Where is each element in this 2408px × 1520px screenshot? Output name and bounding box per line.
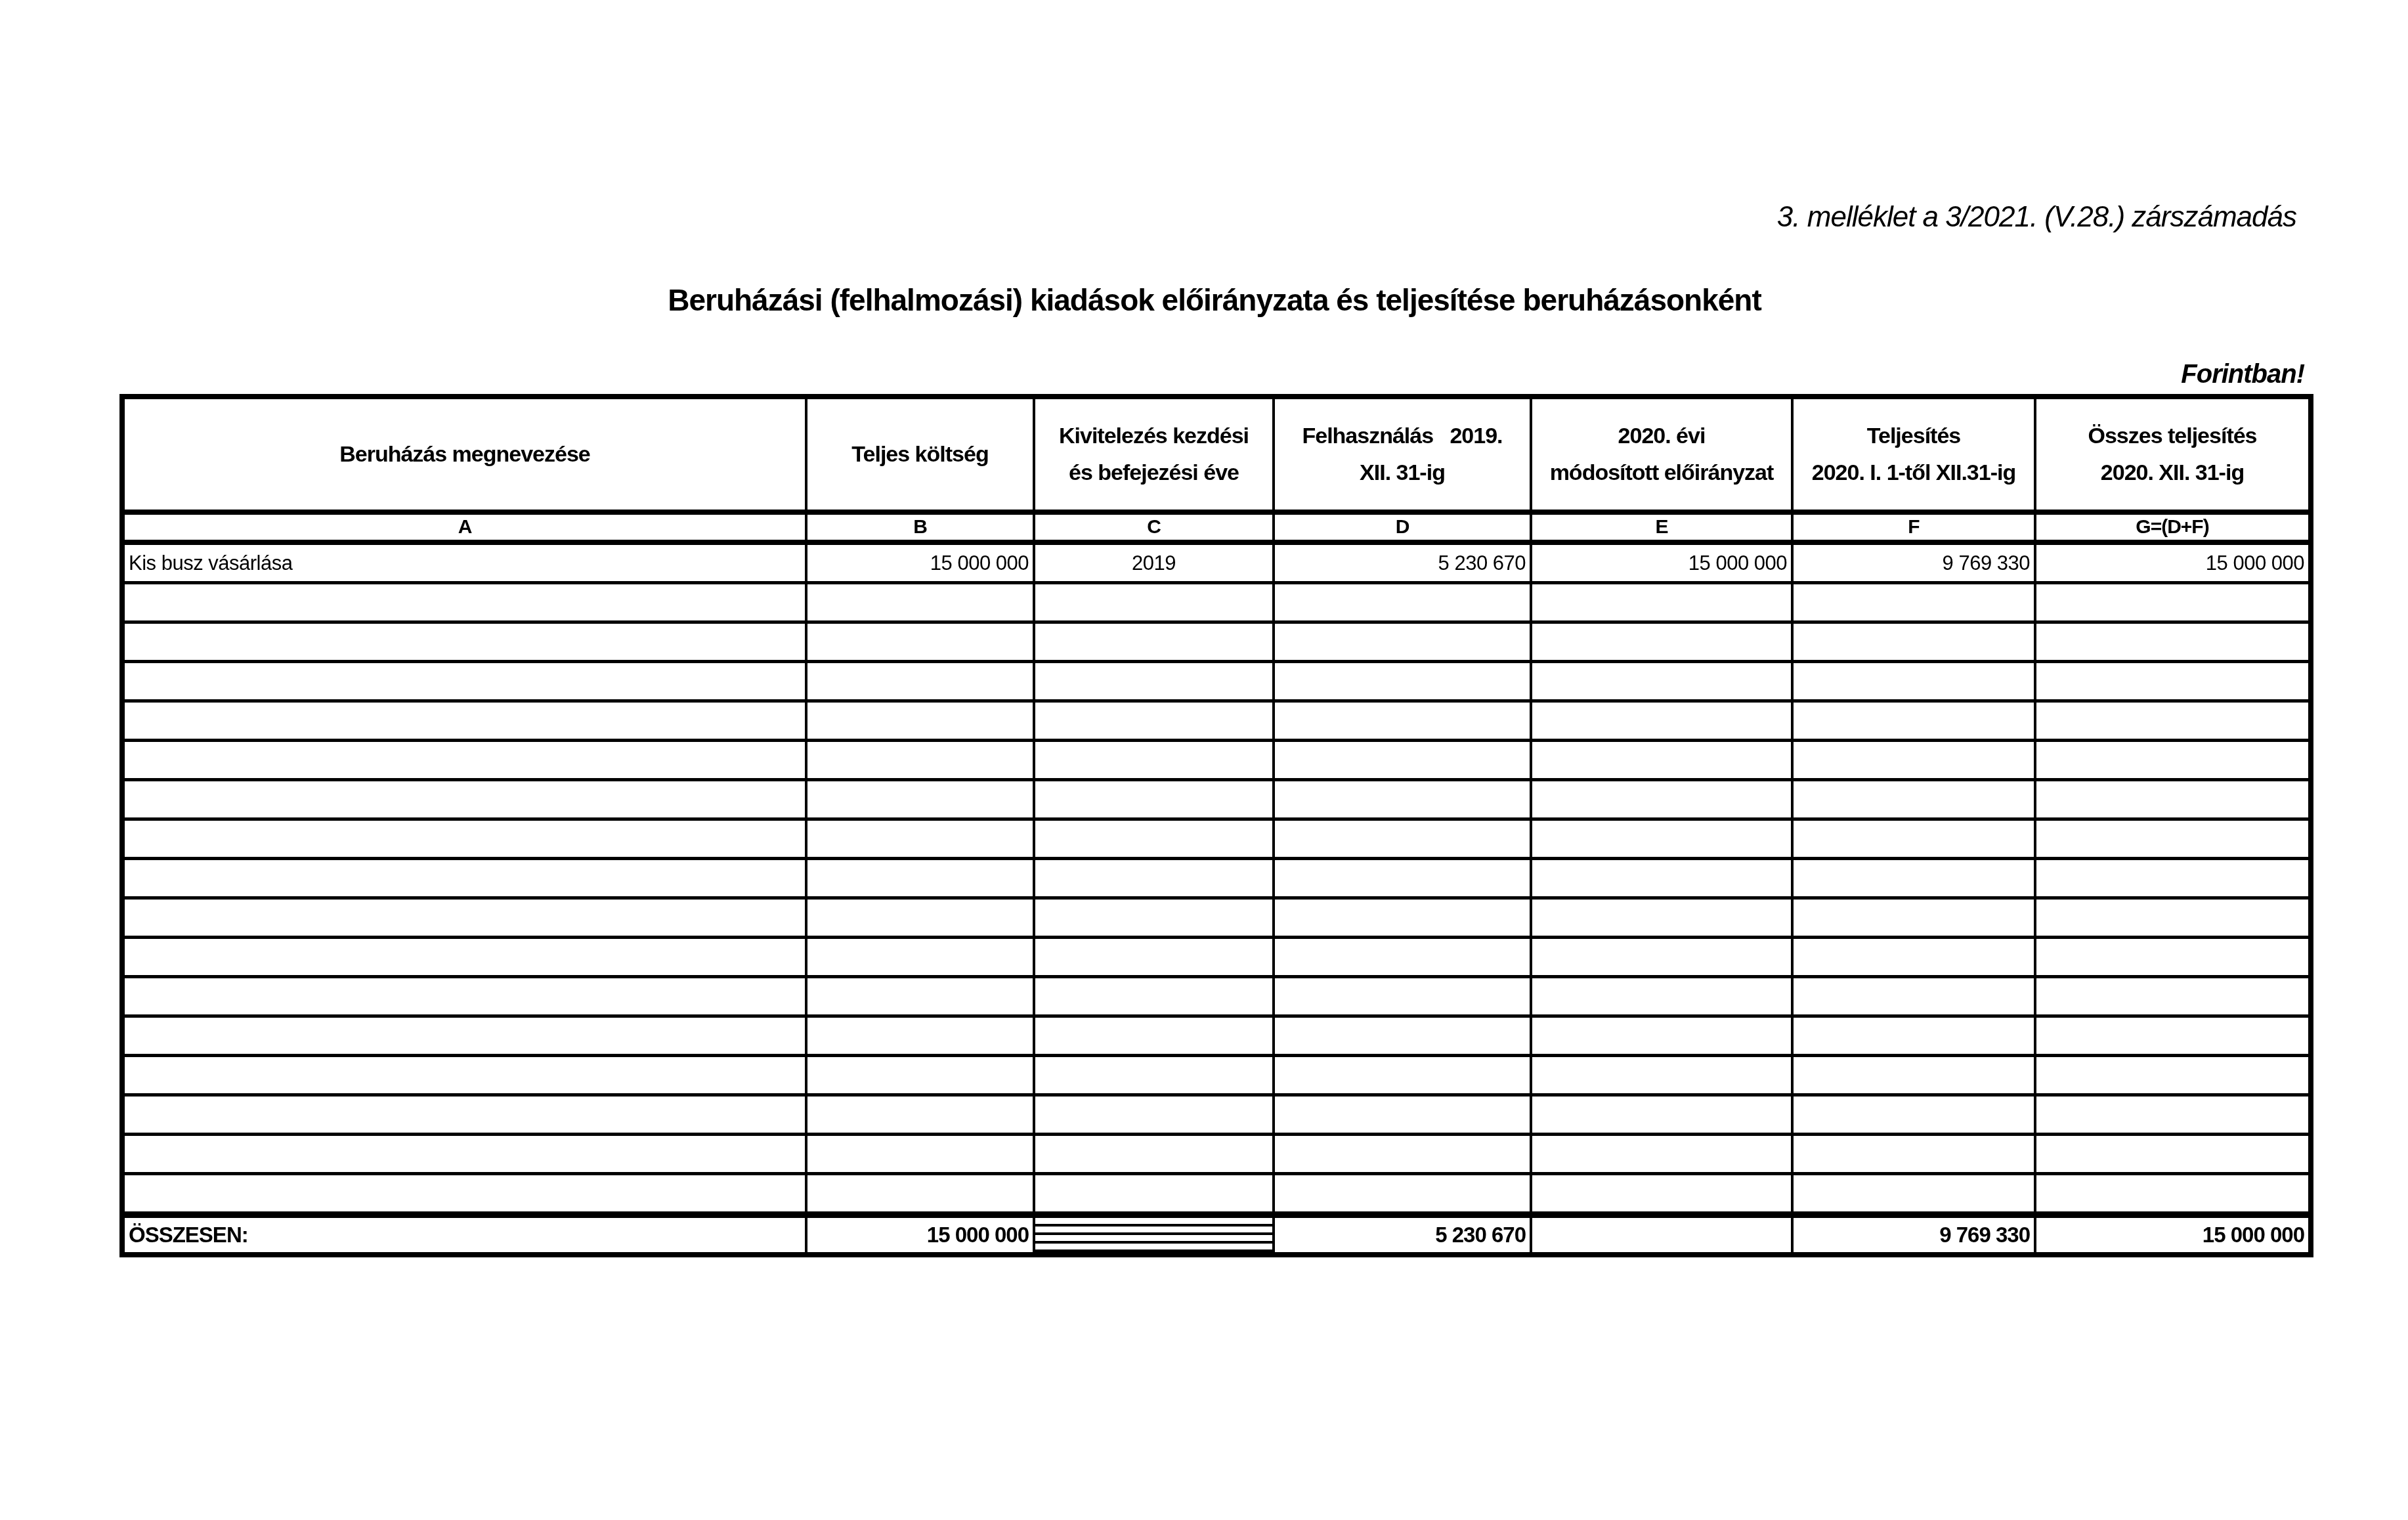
empty-cell <box>2035 701 2311 741</box>
empty-cell <box>1531 622 1792 662</box>
empty-cell <box>1034 780 1274 819</box>
empty-cell <box>1792 1135 2035 1174</box>
col-header-years: Kivitelezés kezdésiés befejezési éve <box>1034 397 1274 512</box>
empty-cell <box>1274 780 1531 819</box>
empty-cell <box>806 819 1034 859</box>
cell-used-2019: 5 230 670 <box>1274 542 1531 583</box>
empty-cell <box>806 583 1034 622</box>
empty-cell <box>806 1056 1034 1095</box>
empty-cell <box>1034 583 1274 622</box>
table-row <box>122 819 2311 859</box>
empty-cell <box>806 701 1034 741</box>
empty-cell <box>1034 898 1274 938</box>
col-header-total-performed: Összes teljesítés2020. XII. 31-ig <box>2035 397 2311 512</box>
total-row: ÖSSZESEN: 15 000 000 5 230 670 9 769 330… <box>122 1215 2311 1255</box>
total-modified-2020 <box>1531 1215 1792 1255</box>
empty-cell <box>1531 1056 1792 1095</box>
cell-name: Kis busz vásárlása <box>122 542 806 583</box>
col-letter-d: D <box>1274 512 1531 542</box>
empty-cell <box>122 1095 806 1135</box>
empty-cell <box>1531 1016 1792 1056</box>
empty-cell <box>806 977 1034 1016</box>
annex-label: 3. melléklet a 3/2021. (V.28.) zárszámad… <box>1777 201 2296 234</box>
empty-cell <box>1274 1095 1531 1135</box>
empty-cell <box>1792 938 2035 977</box>
empty-cell <box>2035 741 2311 780</box>
empty-cell <box>1034 1056 1274 1095</box>
empty-cell <box>1792 898 2035 938</box>
empty-cell <box>1531 898 1792 938</box>
empty-cell <box>1274 583 1531 622</box>
empty-cell <box>1034 1174 1274 1215</box>
empty-cell <box>1531 1135 1792 1174</box>
table-row <box>122 1056 2311 1095</box>
empty-cell <box>1274 622 1531 662</box>
empty-cell <box>1034 938 1274 977</box>
empty-cell <box>806 898 1034 938</box>
empty-cell <box>1792 859 2035 898</box>
empty-cell <box>2035 1135 2311 1174</box>
empty-cell <box>122 1135 806 1174</box>
empty-cell <box>2035 898 2311 938</box>
empty-cell <box>1531 741 1792 780</box>
empty-cell <box>1274 741 1531 780</box>
col-header-performed-2020: Teljesítés2020. I. 1-től XII.31-ig <box>1792 397 2035 512</box>
empty-cell <box>806 662 1034 701</box>
total-used-2019: 5 230 670 <box>1274 1215 1531 1255</box>
empty-cell <box>2035 938 2311 977</box>
empty-cell <box>806 780 1034 819</box>
empty-cell <box>122 741 806 780</box>
empty-cell <box>1531 583 1792 622</box>
empty-cell <box>122 701 806 741</box>
empty-cell <box>806 622 1034 662</box>
empty-cell <box>1792 1056 2035 1095</box>
total-cost: 15 000 000 <box>806 1215 1034 1255</box>
empty-cell <box>1531 780 1792 819</box>
empty-cell <box>2035 1095 2311 1135</box>
empty-cell <box>1792 819 2035 859</box>
empty-cell <box>806 1016 1034 1056</box>
empty-cell <box>1034 1135 1274 1174</box>
empty-cell <box>1531 1095 1792 1135</box>
col-header-modified-2020: 2020. évimódosított előirányzat <box>1531 397 1792 512</box>
investment-table: Beruházás megnevezése Teljes költség Kiv… <box>119 394 2313 1257</box>
empty-cell <box>806 859 1034 898</box>
cell-modified-2020: 15 000 000 <box>1531 542 1792 583</box>
empty-cell <box>122 662 806 701</box>
header-row: Beruházás megnevezése Teljes költség Kiv… <box>122 397 2311 512</box>
col-letter-e: E <box>1531 512 1792 542</box>
empty-cell <box>1034 819 1274 859</box>
empty-cell <box>1274 662 1531 701</box>
total-label: ÖSSZESEN: <box>122 1215 806 1255</box>
empty-cell <box>122 1016 806 1056</box>
empty-cell <box>1531 819 1792 859</box>
table-row <box>122 662 2311 701</box>
empty-cell <box>806 1135 1034 1174</box>
empty-cell <box>806 1095 1034 1135</box>
table-row <box>122 1135 2311 1174</box>
empty-cell <box>1531 859 1792 898</box>
empty-cell <box>1274 898 1531 938</box>
total-years-hatched <box>1034 1215 1274 1255</box>
cell-total-cost: 15 000 000 <box>806 542 1034 583</box>
empty-cell <box>1274 1174 1531 1215</box>
empty-cell <box>2035 859 2311 898</box>
empty-cell <box>1274 859 1531 898</box>
table-row <box>122 1095 2311 1135</box>
cell-total-performed: 15 000 000 <box>2035 542 2311 583</box>
table-row <box>122 780 2311 819</box>
empty-cell <box>122 898 806 938</box>
empty-cell <box>1531 938 1792 977</box>
empty-cell <box>806 1174 1034 1215</box>
empty-cell <box>1792 701 2035 741</box>
cell-performed-2020: 9 769 330 <box>1792 542 2035 583</box>
empty-cell <box>1034 977 1274 1016</box>
col-header-total-cost: Teljes költség <box>806 397 1034 512</box>
empty-cell <box>122 1174 806 1215</box>
table-row <box>122 859 2311 898</box>
empty-cell <box>2035 662 2311 701</box>
empty-cell <box>1792 741 2035 780</box>
empty-cell <box>122 583 806 622</box>
table-row <box>122 741 2311 780</box>
table-row <box>122 583 2311 622</box>
empty-cell <box>1034 662 1274 701</box>
empty-cell <box>1792 1016 2035 1056</box>
col-letter-g: G=(D+F) <box>2035 512 2311 542</box>
empty-cell <box>1274 1135 1531 1174</box>
empty-cell <box>1034 622 1274 662</box>
empty-cell <box>1034 859 1274 898</box>
col-letter-f: F <box>1792 512 2035 542</box>
empty-cell <box>122 977 806 1016</box>
table-row <box>122 1174 2311 1215</box>
empty-cell <box>1792 1095 2035 1135</box>
empty-cell <box>1034 1095 1274 1135</box>
table-row <box>122 1016 2311 1056</box>
empty-cell <box>1792 622 2035 662</box>
empty-cell <box>1792 662 2035 701</box>
empty-cell <box>1274 819 1531 859</box>
empty-cell <box>1274 1016 1531 1056</box>
empty-cell <box>2035 780 2311 819</box>
col-letter-a: A <box>122 512 806 542</box>
unit-note: Forintban! <box>2181 360 2304 389</box>
empty-cell <box>1531 977 1792 1016</box>
document-title: Beruházási (felhalmozási) kiadások előir… <box>0 282 2408 318</box>
empty-cell <box>2035 977 2311 1016</box>
empty-cell <box>1034 741 1274 780</box>
empty-cell <box>1274 938 1531 977</box>
col-header-used-2019: Felhasználás 2019.XII. 31-ig <box>1274 397 1531 512</box>
column-letter-row: A B C D E F G=(D+F) <box>122 512 2311 542</box>
empty-cell <box>2035 583 2311 622</box>
empty-cell <box>1792 977 2035 1016</box>
cell-years: 2019 <box>1034 542 1274 583</box>
empty-cell <box>806 938 1034 977</box>
empty-cell <box>2035 819 2311 859</box>
empty-cell <box>1034 701 1274 741</box>
empty-cell <box>1274 701 1531 741</box>
empty-cell <box>2035 1016 2311 1056</box>
empty-cell <box>122 859 806 898</box>
empty-cell <box>1034 1016 1274 1056</box>
col-header-name: Beruházás megnevezése <box>122 397 806 512</box>
empty-cell <box>1792 583 2035 622</box>
empty-cell <box>1274 1056 1531 1095</box>
table-row <box>122 898 2311 938</box>
empty-cell <box>2035 1174 2311 1215</box>
empty-cell <box>122 780 806 819</box>
empty-cell <box>1531 701 1792 741</box>
empty-cell <box>122 938 806 977</box>
col-letter-c: C <box>1034 512 1274 542</box>
empty-cell <box>806 741 1034 780</box>
empty-cell <box>2035 1056 2311 1095</box>
empty-cell <box>1792 780 2035 819</box>
empty-cell <box>1531 1174 1792 1215</box>
empty-cell <box>1792 1174 2035 1215</box>
table-row <box>122 938 2311 977</box>
table-row <box>122 622 2311 662</box>
empty-cell <box>122 1056 806 1095</box>
total-performed: 15 000 000 <box>2035 1215 2311 1255</box>
empty-cell <box>122 622 806 662</box>
empty-cell <box>1274 977 1531 1016</box>
col-letter-b: B <box>806 512 1034 542</box>
total-performed-2020: 9 769 330 <box>1792 1215 2035 1255</box>
empty-cell <box>2035 622 2311 662</box>
empty-cell <box>1531 662 1792 701</box>
table-row <box>122 701 2311 741</box>
table-row: Kis busz vásárlása 15 000 000 2019 5 230… <box>122 542 2311 583</box>
table-row <box>122 977 2311 1016</box>
empty-cell <box>122 819 806 859</box>
